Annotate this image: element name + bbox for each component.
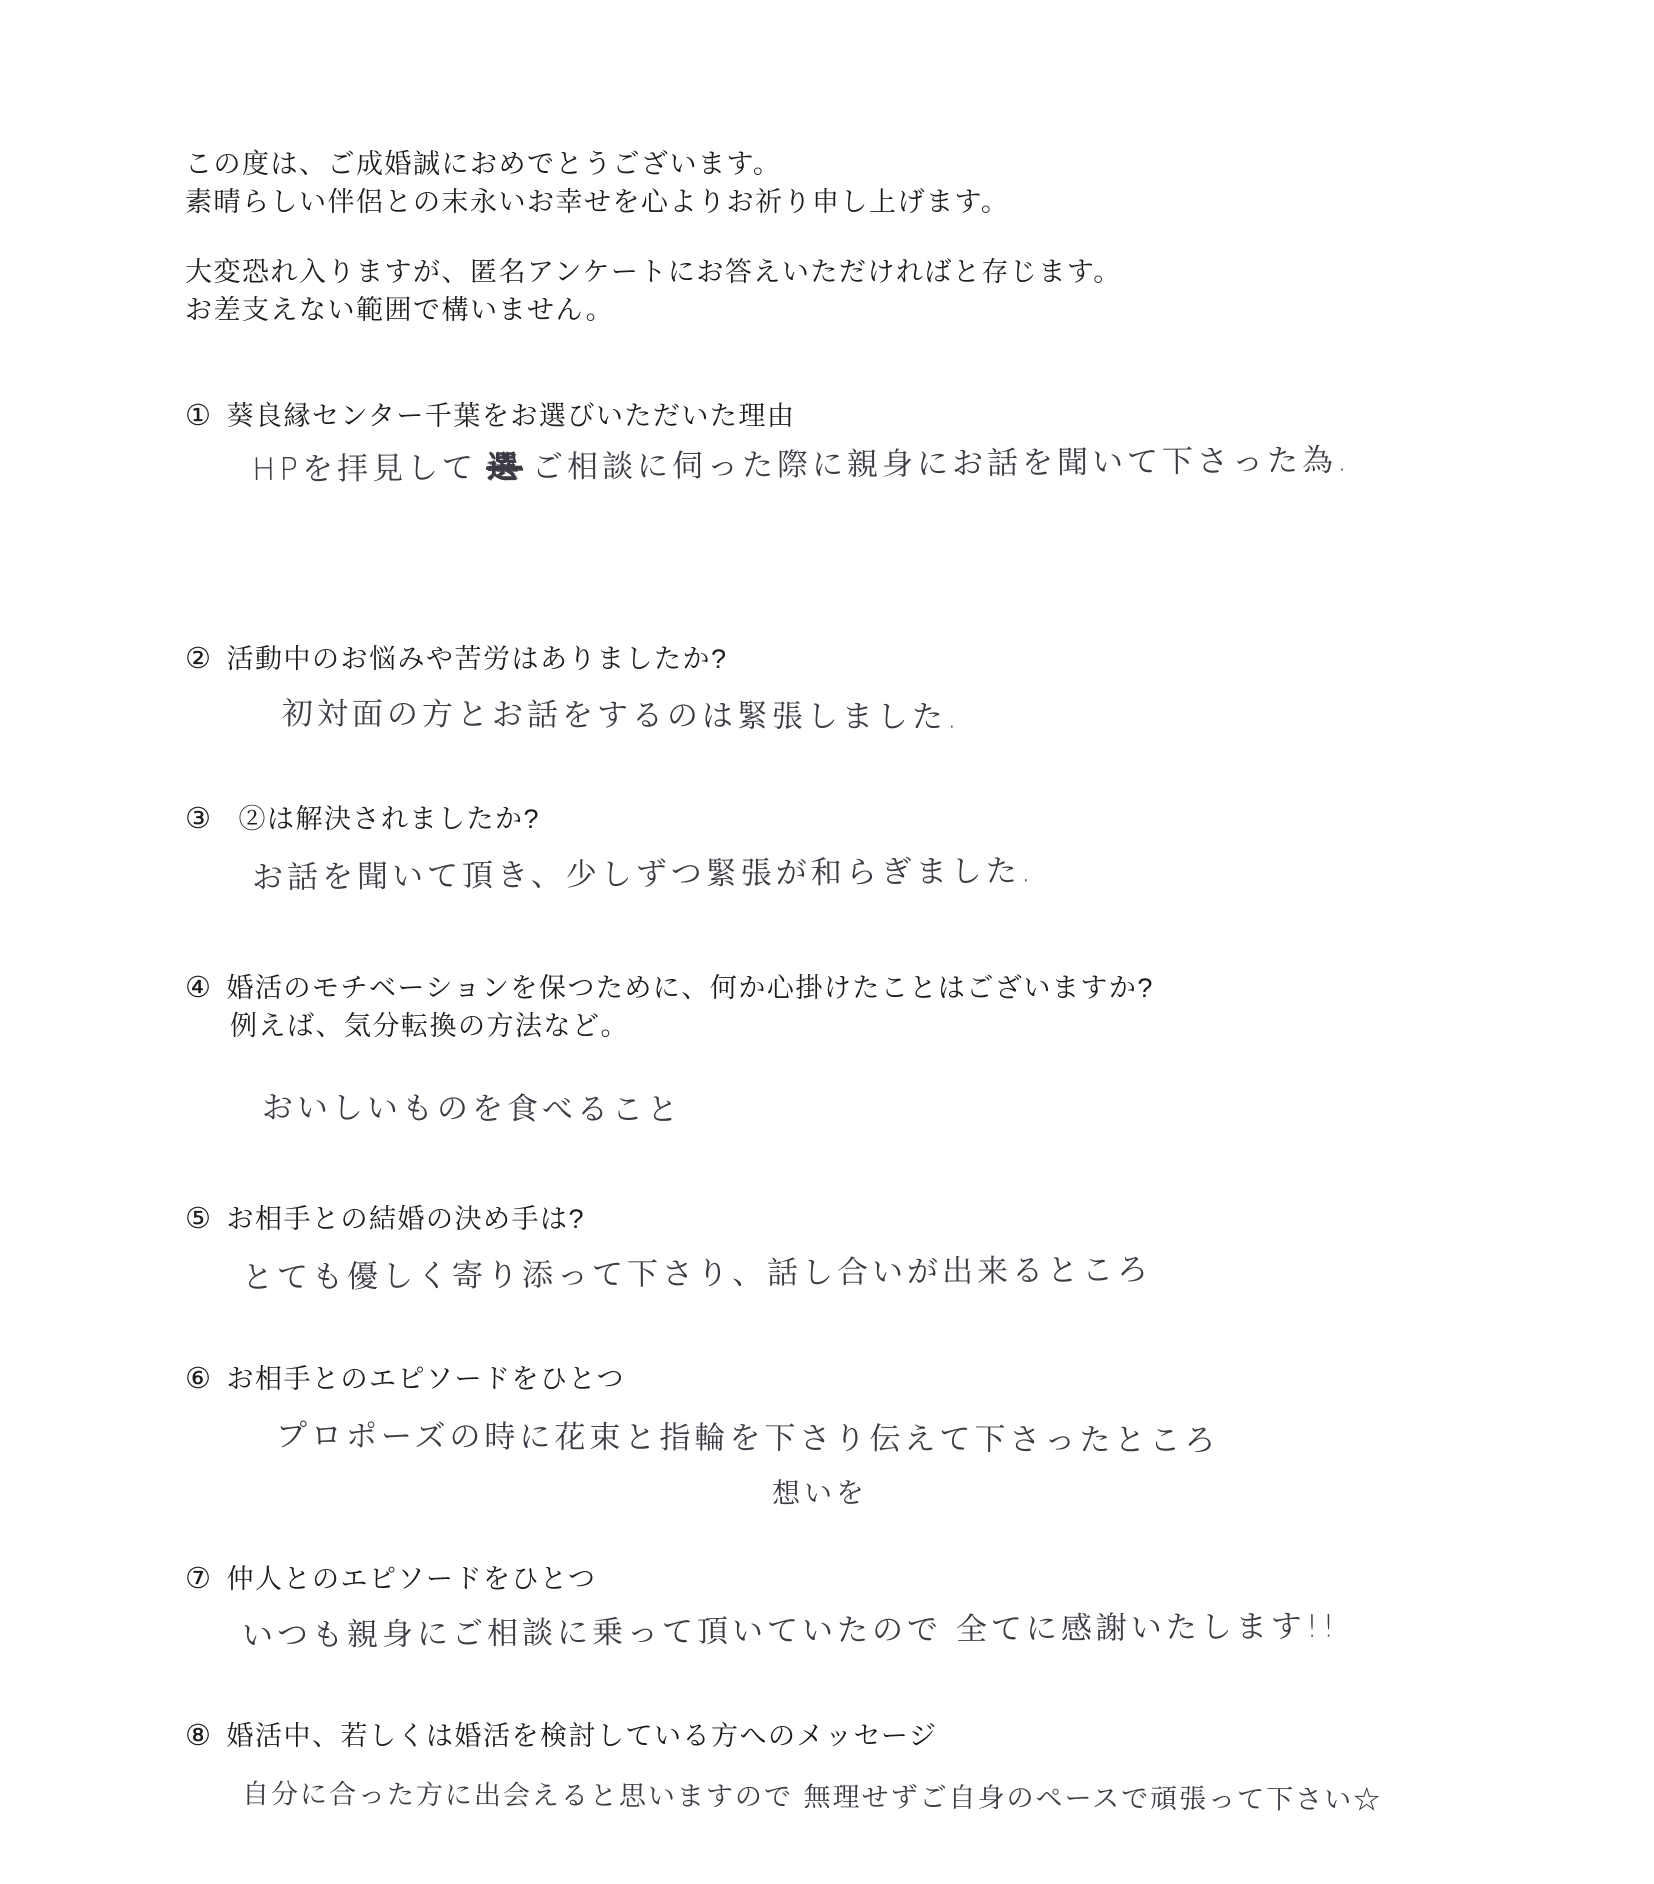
question-5-number: ⑤: [185, 1201, 213, 1236]
question-1-number: ①: [185, 398, 213, 433]
question-6-answer-insertion: 想いを: [772, 1471, 868, 1512]
question-2-text: 活動中のお悩みや苦労はありましたか?: [227, 644, 728, 674]
question-4-answer: おいしいものを食べること: [262, 1082, 682, 1129]
question-7-text: 仲人とのエピソードをひとつ: [227, 1564, 597, 1594]
answer-1-pre: HPを拝見して: [252, 450, 477, 488]
question-1-answer: HPを拝見して選ご相談に伺った際に親身にお話を聞いて下さった為.: [252, 434, 1351, 489]
intro-line-2: お差支えない範囲で構いません。: [185, 288, 614, 327]
question-3-label: ③②は解決されましたか?: [185, 797, 540, 836]
question-1-label: ①葵良縁センター千葉をお選びいただいた理由: [185, 394, 795, 433]
question-5-text: お相手との結婚の決め手は?: [227, 1204, 586, 1234]
question-1-text: 葵良縁センター千葉をお選びいただいた理由: [227, 401, 796, 431]
question-4-text-line2: 例えば、気分転換の方法など。: [230, 1004, 629, 1043]
answer-1-post: ご相談に伺った際に親身にお話を聞いて下さった為.: [532, 442, 1351, 485]
question-5-answer: とても優しく寄り添って下さり、話し合いが出来るところ: [242, 1244, 1152, 1297]
intro-line-1: 大変恐れ入りますが、匿名アンケートにお答えいただければと存じます。: [185, 250, 1122, 289]
question-7-number: ⑦: [185, 1561, 213, 1596]
question-3-answer: お話を聞いて頂き、少しずつ緊張が和らぎました.: [252, 845, 1035, 897]
scanned-survey-page: { "header": { "line1": "この度は、ご成婚誠におめでとうご…: [0, 0, 1654, 1884]
question-3-number: ③: [185, 801, 213, 836]
question-3-text: ②は解決されましたか?: [239, 804, 541, 834]
question-7-label: ⑦仲人とのエピソードをひとつ: [185, 1557, 596, 1596]
question-7-answer: いつも親身にご相談に乗って頂いていたので 全てに感謝いたします!!: [242, 1600, 1339, 1655]
question-4-number: ④: [185, 970, 213, 1005]
question-8-number: ⑧: [185, 1718, 213, 1753]
question-5-label: ⑤お相手との結婚の決め手は?: [185, 1197, 585, 1236]
question-8-answer: 自分に合った方に出会えると思いますので 無理せずご自身のペースで頑張って下さい☆: [242, 1772, 1382, 1817]
question-2-answer: 初対面の方とお話をするのは緊張しました.: [282, 688, 961, 737]
question-8-label: ⑧婚活中、若しくは婚活を検討している方へのメッセージ: [185, 1714, 937, 1753]
question-2-label: ②活動中のお悩みや苦労はありましたか?: [185, 637, 728, 676]
greeting-line-1: この度は、ご成婚誠におめでとうございます。: [185, 142, 781, 181]
question-8-text: 婚活中、若しくは婚活を検討している方へのメッセージ: [227, 1721, 938, 1751]
question-2-number: ②: [185, 641, 213, 676]
question-4-label: ④婚活のモチベーションを保つために、何か心掛けたことはございますか?: [185, 966, 1154, 1005]
question-6-number: ⑥: [185, 1361, 213, 1396]
question-4-text: 婚活のモチベーションを保つために、何か心掛けたことはございますか?: [227, 973, 1154, 1003]
scribbled-out-character: 選: [487, 442, 522, 487]
question-6-label: ⑥お相手とのエピソードをひとつ: [185, 1357, 625, 1396]
greeting-line-2: 素晴らしい伴侶との末永いお幸せを心よりお祈り申し上げます。: [185, 180, 1009, 219]
question-6-answer: プロポーズの時に花束と指輪を下さり伝えて下さったところ: [276, 1410, 1220, 1460]
question-6-text: お相手とのエピソードをひとつ: [227, 1364, 625, 1394]
